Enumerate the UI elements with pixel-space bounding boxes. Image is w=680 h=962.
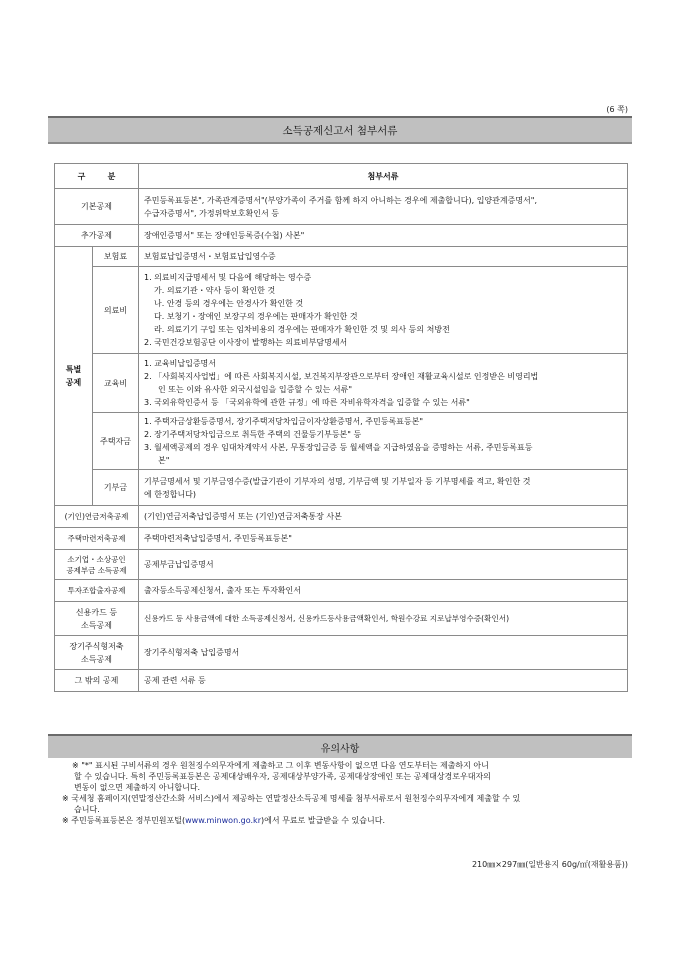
paper-spec: 210㎜×297㎜(일반용지 60g/㎡(재활용품)) (472, 859, 628, 870)
row-label: 교육비 (93, 354, 139, 413)
table-row-education: 교육비 1. 교육비납입증명서 2. 「사회복지사업법」에 따른 사회복지시설,… (55, 354, 628, 413)
row-label: 신용카드 등 소득공제 (55, 602, 139, 636)
row-documents: 출자등소득공제신청서, 출자 또는 투자확인서 (139, 580, 628, 602)
notice-item: ※ 주민등록표등본은 정부민원포털(www.minwon.go.kr)에서 무료… (62, 815, 630, 826)
row-documents: 기부금명세서 및 기부금영수증(발급기관이 기부자의 성명, 기부금액 및 기부… (139, 470, 628, 506)
row-label: 투자조합출자공제 (55, 580, 139, 602)
row-documents: 공제부금납입증명서 (139, 550, 628, 580)
table-row-small-business: 소기업・소상공인 공제부금 소득공제 공제부금납입증명서 (55, 550, 628, 580)
notice-item: ※ "*" 표시된 구비서류의 경우 원천징수의무자에게 제출하고 그 이후 변… (62, 760, 630, 771)
table-row-long-term-stock: 장기주식형저축 소득공제 장기주식형저축 납입증명서 (55, 636, 628, 670)
row-documents: 주민등록표등본", 가족관계증명서"(부양가족이 주거를 함께 하지 아니하는 … (139, 189, 628, 225)
minwon-portal-link[interactable]: www.minwon.go.kr (185, 816, 261, 825)
page-number: (6 쪽) (606, 104, 628, 115)
table-row-investment: 투자조합출자공제 출자등소득공제신청서, 출자 또는 투자확인서 (55, 580, 628, 602)
row-label: 추가공제 (55, 225, 139, 247)
special-deduction-label: 특별 공제 (55, 247, 93, 506)
table-row-pension: (기인)연금저축공제 (기인)연금저축납입증명서 또는 (기인)연금저축통장 사… (55, 506, 628, 528)
notice-item: ※ 국세청 홈페이지(연말정산간소화 서비스)에서 제공하는 연말정산소득공제 … (62, 793, 630, 804)
row-documents: 장기주식형저축 납입증명서 (139, 636, 628, 670)
notice-title: 유의사항 (321, 740, 360, 755)
table-row-insurance: 특별 공제 보험료 보험료납입증명서・보험료납입영수증 (55, 247, 628, 267)
header-category: 구 분 (55, 164, 139, 189)
row-label: 의료비 (93, 267, 139, 354)
notice-title-bar: 유의사항 (48, 734, 632, 758)
table-row-housing: 주택자금 1. 주택자금상환등증명서, 장기주택저당차입금이자상환증명서, 주민… (55, 413, 628, 470)
row-label: 소기업・소상공인 공제부금 소득공제 (55, 550, 139, 580)
document-title: 소득공제신고서 첨부서류 (283, 123, 398, 138)
row-documents: 신용카드 등 사용금액에 대한 소득공제신청서, 신용카드등사용금액확인서, 학… (139, 602, 628, 636)
table-row-basic: 기본공제 주민등록표등본", 가족관계증명서"(부양가족이 주거를 함께 하지 … (55, 189, 628, 225)
row-documents: 공제 관련 서류 등 (139, 670, 628, 692)
row-label: 보험료 (93, 247, 139, 267)
row-documents: (기인)연금저축납입증명서 또는 (기인)연금저축통장 사본 (139, 506, 628, 528)
row-documents: 주택마련저축납입증명서, 주민등록표등본" (139, 528, 628, 550)
table-row-donation: 기부금 기부금명세서 및 기부금영수증(발급기관이 기부자의 성명, 기부금액 … (55, 470, 628, 506)
row-documents: 보험료납입증명서・보험료납입영수증 (139, 247, 628, 267)
row-label: (기인)연금저축공제 (55, 506, 139, 528)
row-label: 주택마련저축공제 (55, 528, 139, 550)
row-documents: 장애인증명서" 또는 장애인등록증(수첩) 사본" (139, 225, 628, 247)
table-row-credit-card: 신용카드 등 소득공제 신용카드 등 사용금액에 대한 소득공제신청서, 신용카… (55, 602, 628, 636)
table-row-additional: 추가공제 장애인증명서" 또는 장애인등록증(수첩) 사본" (55, 225, 628, 247)
row-documents: 1. 주택자금상환등증명서, 장기주택저당차입금이자상환증명서, 주민등록표등본… (139, 413, 628, 470)
table-row-other: 그 밖의 공제 공제 관련 서류 등 (55, 670, 628, 692)
row-label: 기부금 (93, 470, 139, 506)
row-label: 장기주식형저축 소득공제 (55, 636, 139, 670)
row-label: 기본공제 (55, 189, 139, 225)
row-label: 그 밖의 공제 (55, 670, 139, 692)
header-documents: 첨부서류 (139, 164, 628, 189)
table-row-housing-savings: 주택마련저축공제 주택마련저축납입증명서, 주민등록표등본" (55, 528, 628, 550)
row-label: 주택자금 (93, 413, 139, 470)
notice-list: ※ "*" 표시된 구비서류의 경우 원천징수의무자에게 제출하고 그 이후 변… (62, 760, 630, 826)
document-title-bar: 소득공제신고서 첨부서류 (48, 116, 632, 144)
table-row-medical: 의료비 1. 의료비지급명세서 및 다음에 해당하는 영수증 가. 의료기관・약… (55, 267, 628, 354)
table-header-row: 구 분 첨부서류 (55, 164, 628, 189)
attachment-documents-table: 구 분 첨부서류 기본공제 주민등록표등본", 가족관계증명서"(부양가족이 주… (54, 163, 628, 692)
row-documents: 1. 교육비납입증명서 2. 「사회복지사업법」에 따른 사회복지시설, 보건복… (139, 354, 628, 413)
row-documents: 1. 의료비지급명세서 및 다음에 해당하는 영수증 가. 의료기관・약사 등이… (139, 267, 628, 354)
